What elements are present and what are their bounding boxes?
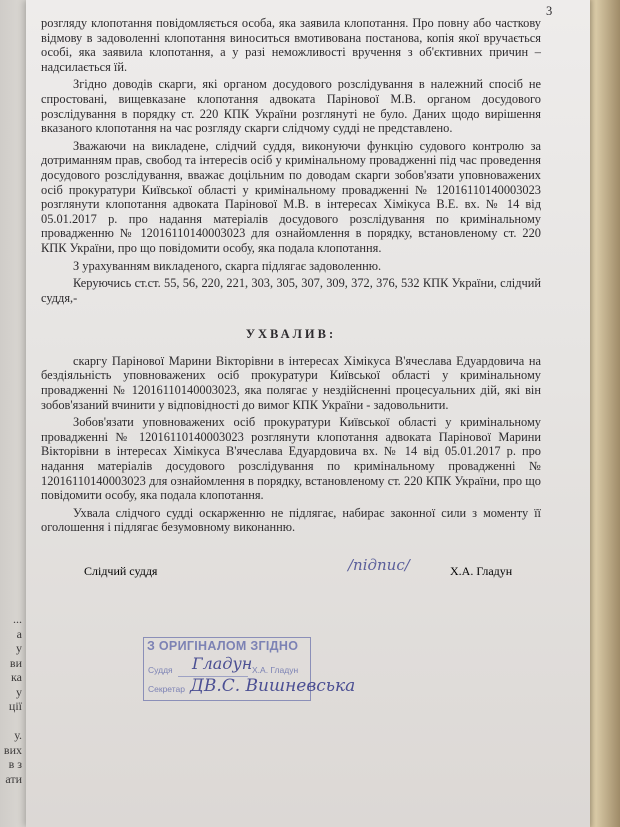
judge-name: Х.А. Гладун (450, 564, 512, 579)
stamp-judge-label: Суддя (148, 665, 173, 675)
paragraph-legal-basis: Керуючись ст.ст. 55, 56, 220, 221, 303, … (41, 276, 541, 305)
ruling-paragraph-1: скаргу Парінової Марини Вікторівни в інт… (41, 354, 541, 412)
signature-block: Слідчий суддя /підпис/ Х.А. Гладун (26, 562, 526, 592)
paragraph-conclusion: З урахуванням викладеного, скарга підляг… (41, 259, 541, 274)
fragment: ції (0, 699, 22, 714)
underlying-page-text: ... а у ви ка у ції у. вих в з ати (0, 612, 22, 786)
paragraph-continuation: розгляду клопотання повідомляється особа… (41, 16, 541, 74)
fragment: ви (0, 656, 22, 671)
stamp-secretary-signature: ДВ.С. Вишневська (190, 676, 355, 696)
stamp-secretary-label: Секретар (148, 684, 185, 694)
document-page: 3 розгляду клопотання повідомляється осо… (26, 0, 590, 827)
handwritten-signature: /підпис/ (348, 556, 410, 574)
fragment: у (0, 641, 22, 656)
stamp-judge-signature: Гладун (192, 654, 252, 673)
fragment: а (0, 627, 22, 642)
page-number: 3 (546, 4, 552, 19)
stamp-title: З ОРИГІНАЛОМ ЗГІДНО (147, 639, 298, 653)
document-body: розгляду клопотання повідомляється особа… (41, 8, 541, 535)
paragraph-complaint-arguments: Згідно доводів скарги, які органом досуд… (41, 77, 541, 135)
fragment: в з (0, 757, 22, 772)
certification-stamp: З ОРИГІНАЛОМ ЗГІДНО Суддя Х.А. Гладун Се… (143, 637, 311, 701)
ruling-paragraph-2: Зобов'язати уповноважених осіб прокурату… (41, 415, 541, 503)
paragraph-considering: Зважаючи на викладене, слідчий суддя, ви… (41, 139, 541, 256)
fragment: ка (0, 670, 22, 685)
ruling-heading: УХВАЛИВ: (41, 327, 541, 342)
fragment: ... (0, 612, 22, 627)
fragment: у (0, 685, 22, 700)
fragment: ати (0, 772, 22, 787)
signature-label: Слідчий суддя (84, 564, 157, 579)
stamp-judge-name: Х.А. Гладун (252, 665, 298, 675)
fragment (0, 714, 22, 729)
fragment: у. (0, 728, 22, 743)
ruling-paragraph-3: Ухвала слідчого судді оскарженню не підл… (41, 506, 541, 535)
fragment: вих (0, 743, 22, 758)
